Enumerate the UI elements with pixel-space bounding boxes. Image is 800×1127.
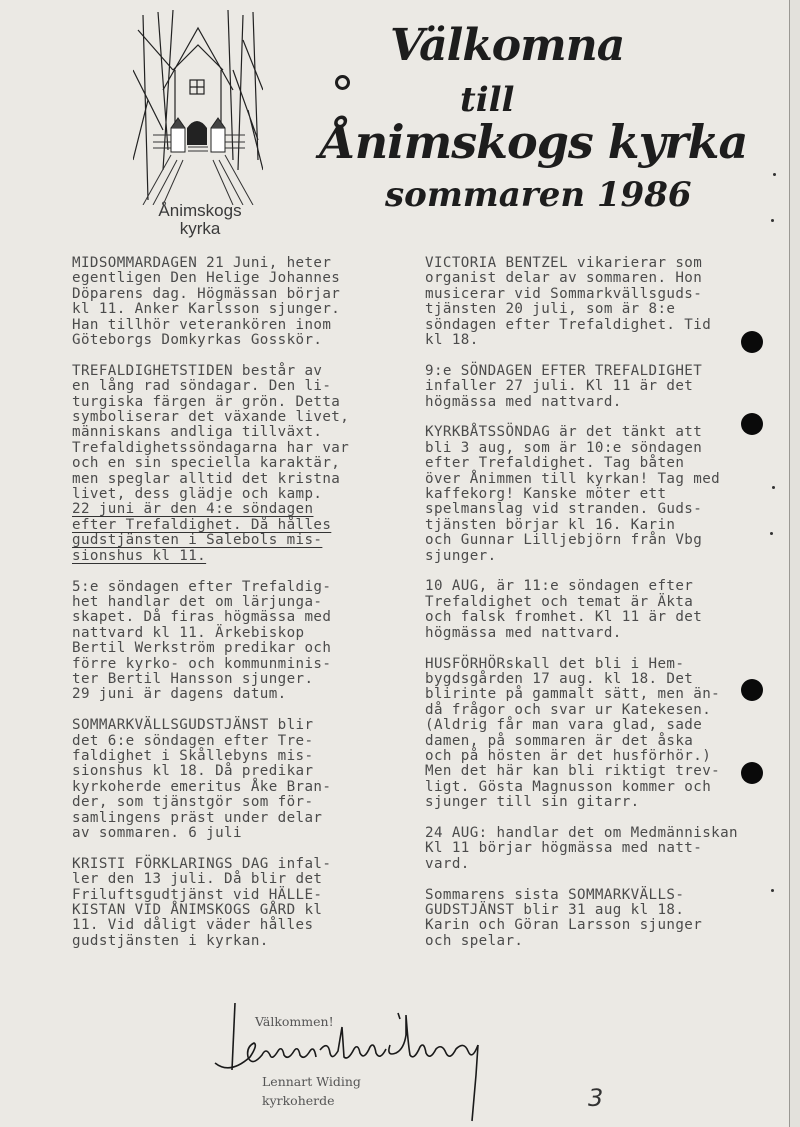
- article-paragraph: 9:e SÖNDAGEN EFTER TREFALDIGHETinfaller …: [425, 364, 738, 410]
- title-line-2: till: [460, 80, 514, 120]
- text-line: KYRKBÅTSSÖNDAG är det tänkt att: [425, 425, 738, 440]
- ring-accent-icon: [335, 75, 350, 90]
- punch-hole-icon: [741, 331, 763, 353]
- text-line: bli 3 aug, som är 10:e söndagen: [425, 441, 738, 456]
- text-line: ter Bertil Hansson sjunger.: [72, 672, 349, 687]
- text-line: symboliserar det växande livet,: [72, 410, 349, 425]
- title-line-3: Ånimskogs kyrka: [320, 115, 747, 169]
- text-line: VICTORIA BENTZEL vikarierar som: [425, 256, 738, 271]
- text-line: 29 juni är dagens datum.: [72, 687, 349, 702]
- text-line: sjunger.: [425, 549, 738, 564]
- text-line: organist delar av sommaren. Hon: [425, 271, 738, 286]
- text-line: TREFALDIGHETSTIDEN består av: [72, 364, 349, 379]
- text-line: (Aldrig får man vara glad, sade: [425, 718, 738, 733]
- text-line: kl 11. Anker Karlsson sjunger.: [72, 302, 349, 317]
- text-line: sionshus kl 11.: [72, 549, 349, 564]
- text-line: Karin och Göran Larsson sjunger: [425, 918, 738, 933]
- speck-mark: [773, 173, 776, 176]
- text-line: 22 juni är den 4:e söndagen: [72, 502, 349, 517]
- text-line: och spelar.: [425, 934, 738, 949]
- logo-caption-line1: Ånimskogs: [130, 202, 270, 220]
- text-line: högmässa med nattvard.: [425, 626, 738, 641]
- text-line: förre kyrko- och kommunminis-: [72, 657, 349, 672]
- logo-caption: Ånimskogs kyrka: [130, 202, 270, 238]
- title-line-4: sommaren 1986: [385, 175, 692, 215]
- article-paragraph: SOMMARKVÄLLSGUDSTJÄNST blirdet 6:e sönda…: [72, 718, 349, 841]
- text-line: Kl 11 börjar högmässa med natt-: [425, 841, 738, 856]
- text-line: samlingens präst under delar: [72, 811, 349, 826]
- text-line: sjunger till sin gitarr.: [425, 795, 738, 810]
- text-line: 9:e SÖNDAGEN EFTER TREFALDIGHET: [425, 364, 738, 379]
- text-line: Trefaldighetssöndagarna har var: [72, 441, 349, 456]
- text-line: högmässa med nattvard.: [425, 395, 738, 410]
- article-paragraph: VICTORIA BENTZEL vikarierar somorganist …: [425, 256, 738, 348]
- text-line: ligt. Gösta Magnusson kommer och: [425, 780, 738, 795]
- text-line: 10 AUG, är 11:e söndagen efter: [425, 579, 738, 594]
- text-line: kyrkoherde emeritus Åke Bran-: [72, 780, 349, 795]
- text-line: bygdsgården 17 aug. kl 18. Det: [425, 672, 738, 687]
- text-line: av sommaren. 6 juli: [72, 826, 349, 841]
- text-line: 11. Vid dåligt väder hålles: [72, 918, 349, 933]
- text-line: skapet. Då firas högmässa med: [72, 610, 349, 625]
- text-line: musicerar vid Sommarkvällsguds-: [425, 287, 738, 302]
- article-paragraph: MIDSOMMARDAGEN 21 Juni, heteregentligen …: [72, 256, 349, 348]
- text-line: och på hösten är det husförhör.): [425, 749, 738, 764]
- text-line: Men det här kan bli riktigt trev-: [425, 764, 738, 779]
- text-line: det 6:e söndagen efter Tre-: [72, 734, 349, 749]
- text-line: Sommarens sista SOMMARKVÄLLS-: [425, 888, 738, 903]
- text-line: infaller 27 juli. Kl 11 är det: [425, 379, 738, 394]
- text-line: kaffekorg! Kanske möter ett: [425, 487, 738, 502]
- text-line: tjänsten 20 juli, som är 8:e: [425, 302, 738, 317]
- punch-hole-icon: [741, 679, 763, 701]
- text-line: söndagen efter Trefaldighet. Tid: [425, 318, 738, 333]
- text-line: gudstjänsten i Salebols mis-: [72, 533, 349, 548]
- text-line: kl 18.: [425, 333, 738, 348]
- text-line: Döparens dag. Högmässan börjar: [72, 287, 349, 302]
- text-line: blirinte på gammalt sätt, men än-: [425, 687, 738, 702]
- article-paragraph: Sommarens sista SOMMARKVÄLLS-GUDSTJÄNST …: [425, 888, 738, 950]
- article-paragraph: 5:e söndagen efter Trefaldig-het handlar…: [72, 580, 349, 703]
- text-line: gudstjänsten i kyrkan.: [72, 934, 349, 949]
- text-line: MIDSOMMARDAGEN 21 Juni, heter: [72, 256, 349, 271]
- text-line: och falsk fromhet. Kl 11 är det: [425, 610, 738, 625]
- text-line: 24 AUG: handlar det om Medmänniskan: [425, 826, 738, 841]
- article-paragraph: 10 AUG, är 11:e söndagen efterTrefaldigh…: [425, 579, 738, 641]
- text-line: turgiska färgen är grön. Detta: [72, 395, 349, 410]
- text-line: efter Trefaldighet. Tag båten: [425, 456, 738, 471]
- text-line: ler den 13 juli. Då blir det: [72, 872, 349, 887]
- text-line: Trefaldighet och temat är Äkta: [425, 595, 738, 610]
- left-column: MIDSOMMARDAGEN 21 Juni, heteregentligen …: [72, 256, 349, 949]
- article-paragraph: TREFALDIGHETSTIDEN består aven lång rad …: [72, 364, 349, 564]
- text-line: Han tillhör veterankören inom: [72, 318, 349, 333]
- punch-hole-icon: [741, 762, 763, 784]
- text-line: spelmanslag vid stranden. Guds-: [425, 502, 738, 517]
- text-line: över Ånimmen till kyrkan! Tag med: [425, 472, 738, 487]
- text-line: SOMMARKVÄLLSGUDSTJÄNST blir: [72, 718, 349, 733]
- text-line: efter Trefaldighet. Då hålles: [72, 518, 349, 533]
- speck-mark: [770, 532, 773, 535]
- article-paragraph: KYRKBÅTSSÖNDAG är det tänkt attbli 3 aug…: [425, 425, 738, 564]
- article-paragraph: KRISTI FÖRKLARINGS DAG infal-ler den 13 …: [72, 857, 349, 949]
- speck-mark: [772, 486, 775, 489]
- text-line: GUDSTJÄNST blir 31 aug kl 18.: [425, 903, 738, 918]
- text-line: människans andliga tillväxt.: [72, 425, 349, 440]
- page-number: 3: [588, 1084, 603, 1112]
- text-line: sionshus kl 18. Då predikar: [72, 764, 349, 779]
- text-line: Göteborgs Domkyrkas Gosskör.: [72, 333, 349, 348]
- speck-mark: [771, 889, 774, 892]
- text-line: Bertil Werkström predikar och: [72, 641, 349, 656]
- article-paragraph: HUSFÖRHÖRskall det bli i Hem-bygdsgården…: [425, 657, 738, 811]
- text-line: 5:e söndagen efter Trefaldig-: [72, 580, 349, 595]
- signer-name: Lennart Widing: [262, 1072, 361, 1091]
- text-line: HUSFÖRHÖRskall det bli i Hem-: [425, 657, 738, 672]
- article-paragraph: 24 AUG: handlar det om MedmänniskanKl 11…: [425, 826, 738, 872]
- punch-hole-icon: [741, 413, 763, 435]
- text-line: och Gunnar Lilljebjörn från Vbg: [425, 533, 738, 548]
- text-line: het handlar det om lärjunga-: [72, 595, 349, 610]
- text-line: livet, dess glädje och kamp.: [72, 487, 349, 502]
- signer-title: kyrkoherde: [262, 1091, 361, 1110]
- text-line: vard.: [425, 857, 738, 872]
- text-line: nattvard kl 11. Ärkebiskop: [72, 626, 349, 641]
- text-line: men speglar alltid det kristna: [72, 472, 349, 487]
- text-line: tjänsten börjar kl 16. Karin: [425, 518, 738, 533]
- text-line: egentligen Den Helige Johannes: [72, 271, 349, 286]
- text-line: och en sin speciella karaktär,: [72, 456, 349, 471]
- speck-mark: [771, 219, 774, 222]
- logo-caption-line2: kyrka: [130, 220, 270, 238]
- text-line: der, som tjänstgör som för-: [72, 795, 349, 810]
- right-column: VICTORIA BENTZEL vikarierar somorganist …: [425, 256, 738, 949]
- text-line: damen, på sommaren är det åska: [425, 734, 738, 749]
- text-line: KRISTI FÖRKLARINGS DAG infal-: [72, 857, 349, 872]
- text-line: då frågor och svar ur Katekesen.: [425, 703, 738, 718]
- title-line-1: Välkomna: [390, 20, 624, 71]
- page-edge: [789, 0, 800, 1127]
- text-line: Friluftsgudtjänst vid HÄLLE-: [72, 888, 349, 903]
- signer-block: Lennart Widing kyrkoherde: [262, 1072, 361, 1110]
- text-line: en lång rad söndagar. Den li-: [72, 379, 349, 394]
